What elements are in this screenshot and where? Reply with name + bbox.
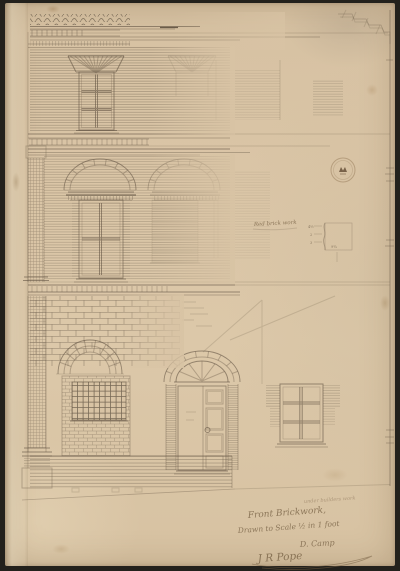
handwritten-line-1: Front Brickwork,: [247, 506, 327, 522]
photographed-drawing: Red brick work 4½ 2 3 9¾ under builders …: [0, 0, 400, 571]
handwritten-line-2: Drawn to Scale ½ in 1 foot: [237, 519, 341, 535]
detail-dim-4: 9¾: [331, 244, 337, 249]
molding-detail-sketch: 4½ 2 3 9¾: [308, 223, 352, 262]
handwritten-line-3: D. Camp: [299, 538, 335, 549]
stamp-glyph: [339, 167, 347, 172]
plinth-band: [22, 456, 390, 500]
detail-dim-1: 4½: [308, 224, 314, 229]
ground-window-right: [266, 384, 340, 447]
handwritten-small-note: under builders work: [304, 495, 356, 505]
detail-dim-2: 2: [310, 233, 312, 237]
bottom-handwriting: under builders work Front Brickwork, Dra…: [237, 495, 372, 569]
elevation-drawing: Red brick work 4½ 2 3 9¾ under builders …: [0, 0, 400, 571]
handwritten-note: Red brick work: [253, 220, 298, 228]
mid-entablature: [28, 134, 390, 155]
embossed-stamp: [331, 158, 355, 182]
detail-dim-3: 3: [310, 241, 313, 245]
arched-doorway: [164, 351, 240, 470]
handwritten-signature: J R Pope: [255, 550, 302, 565]
